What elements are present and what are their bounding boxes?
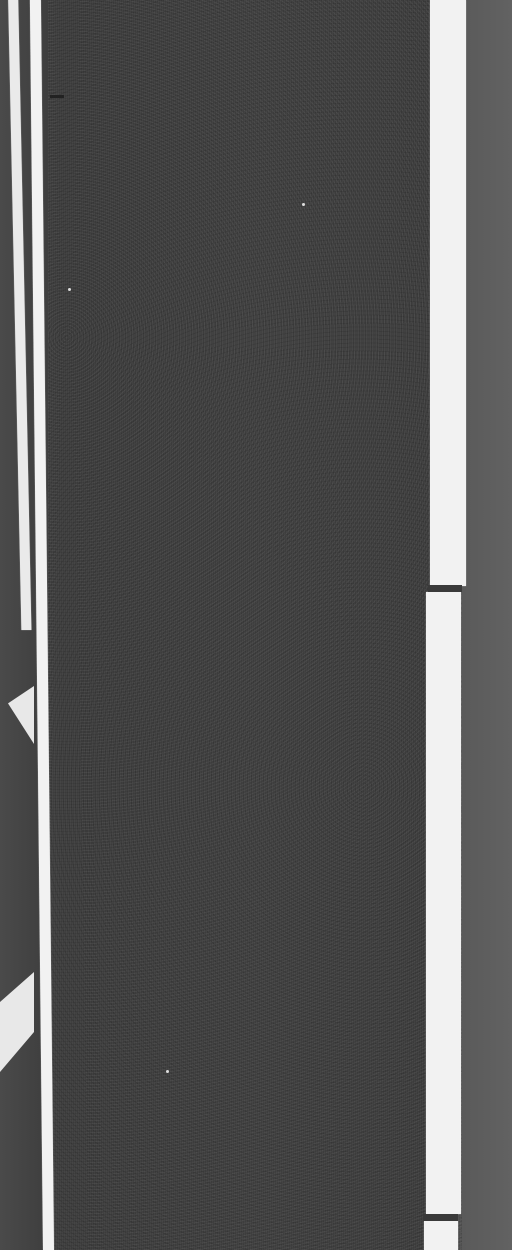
right-lane-line-segment bbox=[430, 0, 466, 586]
right-lane-line-segment bbox=[426, 592, 461, 1214]
debris-speck bbox=[166, 1070, 169, 1073]
right-shoulder bbox=[462, 0, 512, 1250]
right-lane-line-segment bbox=[424, 1221, 458, 1250]
line-joint bbox=[428, 585, 462, 592]
debris-speck bbox=[68, 288, 71, 291]
line-crack bbox=[50, 95, 64, 98]
line-joint bbox=[423, 1214, 458, 1221]
road-aerial-photo bbox=[0, 0, 512, 1250]
debris-speck bbox=[302, 203, 305, 206]
